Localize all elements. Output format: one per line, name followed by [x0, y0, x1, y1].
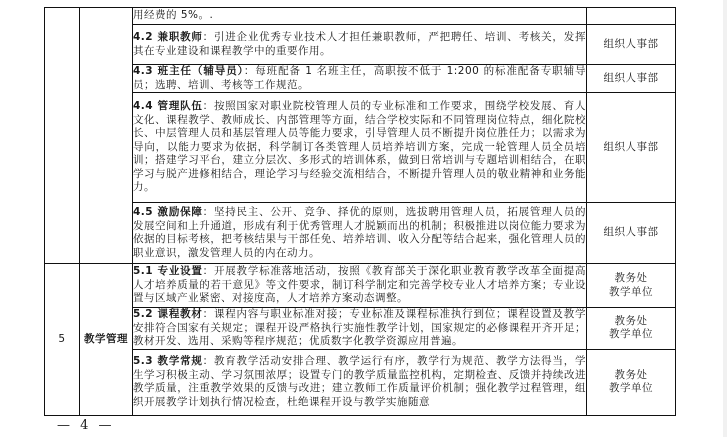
content-cell: 4.4 管理队伍：按照国家对职业院校管理人员的专业标准和工作要求，围绕学校发展、… — [133, 93, 587, 203]
table-row: 5 教学管理 5.1 专业设置：开展教学标准落地活动，按照《教育部关于深化职业教… — [45, 264, 676, 308]
item-title: 5.2 课程教材 — [133, 308, 203, 320]
dept-label: 教学单位 — [587, 382, 675, 396]
item-title: 5.1 专业设置 — [133, 265, 203, 277]
dept-cell — [587, 8, 676, 25]
table-row: 用经费的 5%。. — [45, 8, 676, 25]
content-cell: 用经费的 5%。. — [133, 8, 587, 25]
content-cell: 4.5 激励保障：坚持民主、公开、竞争、择优的原则，选拔聘用管理人员，拓展管理人… — [133, 203, 587, 264]
dept-label: 组织人事部 — [587, 38, 675, 52]
index-cell: 5 — [45, 264, 80, 416]
item-text: 用经费的 5%。. — [133, 9, 213, 21]
document-page: 用经费的 5%。. 4.2 兼职教师：引进企业优秀专业技术人才担任兼职教师，严把… — [0, 0, 723, 437]
dept-cell: 组织人事部 — [587, 65, 676, 93]
table-row: 4.4 管理队伍：按照国家对职业院校管理人员的专业标准和工作要求，围绕学校发展、… — [45, 93, 676, 203]
content-cell: 4.2 兼职教师：引进企业优秀专业技术人才担任兼职教师，严把聘任、培训、考核关，… — [133, 25, 587, 65]
viewer-scrollbar-track[interactable] — [723, 0, 727, 437]
dept-cell: 教务处 教学单位 — [587, 349, 676, 415]
dept-label: 组织人事部 — [587, 226, 675, 240]
content-cell: 5.2 课程教材：课程内容与职业标准对接；专业标准及课程标准执行到位；课程设置及… — [133, 308, 587, 350]
dept-label: 教学单位 — [587, 286, 675, 300]
index-cell — [45, 8, 80, 264]
dept-cell: 组织人事部 — [587, 25, 676, 65]
dept-cell: 组织人事部 — [587, 93, 676, 203]
item-title: 4.3 班主任（辅导员） — [133, 65, 244, 77]
page-number: — 4 — — [57, 418, 115, 433]
dept-cell: 教务处 教学单位 — [587, 264, 676, 308]
content-cell: 5.1 专业设置：开展教学标准落地活动，按照《教育部关于深化职业教育教学改革全面… — [133, 264, 587, 308]
item-title: 4.2 兼职教师 — [133, 31, 203, 43]
category-cell: 教学管理 — [80, 264, 133, 416]
item-title: 4.4 管理队伍 — [133, 100, 203, 112]
item-title: 5.3 教学常规 — [133, 355, 203, 367]
content-cell: 4.3 班主任（辅导员）：每班配备 1 名班主任，高职按不低于 1:200 的标… — [133, 65, 587, 93]
task-table: 用经费的 5%。. 4.2 兼职教师：引进企业优秀专业技术人才担任兼职教师，严把… — [44, 7, 676, 416]
table-row: 4.3 班主任（辅导员）：每班配备 1 名班主任，高职按不低于 1:200 的标… — [45, 65, 676, 93]
table-row: 4.2 兼职教师：引进企业优秀专业技术人才担任兼职教师，严把聘任、培训、考核关，… — [45, 25, 676, 65]
table-row: 5.2 课程教材：课程内容与职业标准对接；专业标准及课程标准执行到位；课程设置及… — [45, 308, 676, 350]
item-title: 4.5 激励保障 — [133, 206, 203, 218]
table-row: 5.3 教学常规：教育教学活动安排合理、教学运行有序，教学行为规范、教学方法得当… — [45, 349, 676, 415]
table-row: 4.5 激励保障：坚持民主、公开、竞争、择优的原则，选拔聘用管理人员，拓展管理人… — [45, 203, 676, 264]
dept-label: 教务处 — [587, 315, 675, 329]
dept-cell: 教务处 教学单位 — [587, 308, 676, 350]
item-text: ：按照国家对职业院校管理人员的专业标准和工作要求，围绕学校发展、育人文化、课程教… — [133, 100, 586, 193]
dept-label: 组织人事部 — [587, 141, 675, 155]
category-cell — [80, 8, 133, 264]
dept-label: 教务处 — [587, 272, 675, 286]
dept-label: 教务处 — [587, 369, 675, 383]
content-cell: 5.3 教学常规：教育教学活动安排合理、教学运行有序，教学行为规范、教学方法得当… — [133, 349, 587, 415]
dept-cell: 组织人事部 — [587, 203, 676, 264]
dept-label: 教学单位 — [587, 328, 675, 342]
dept-label: 组织人事部 — [587, 72, 675, 86]
